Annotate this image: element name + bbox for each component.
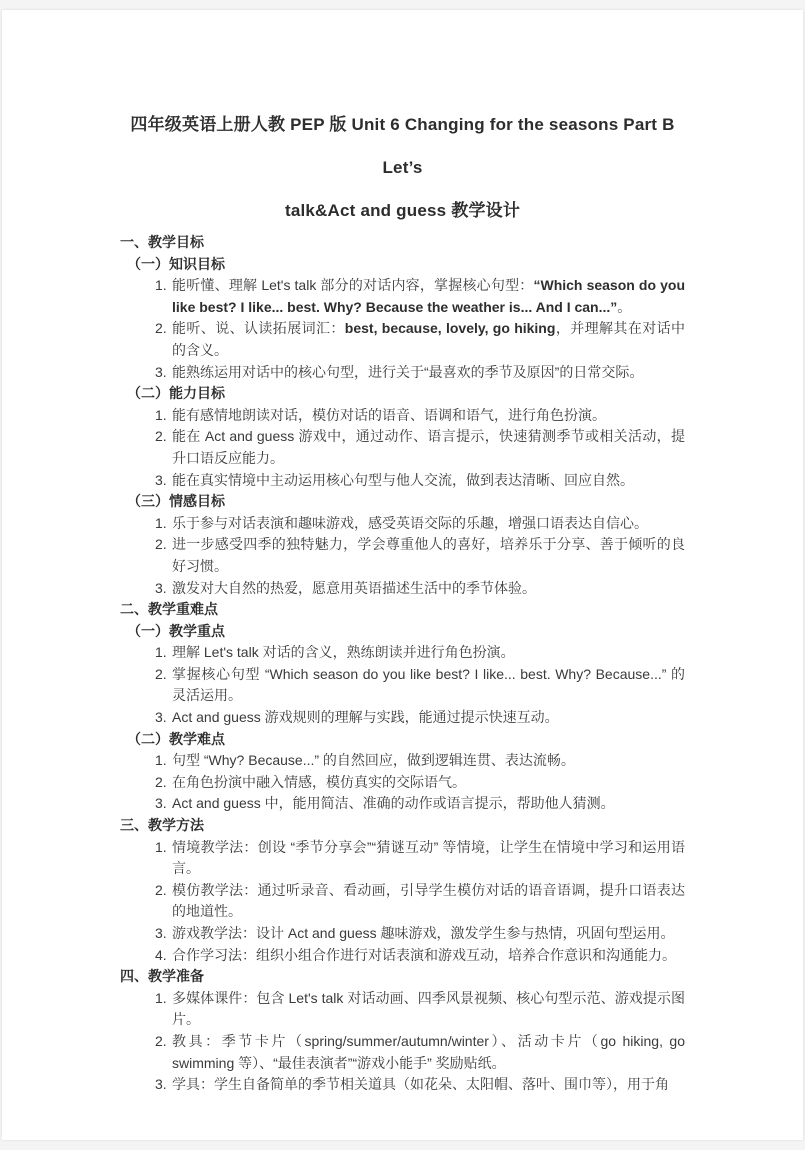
list-item: 1.句型 “Why? Because...” 的自然回应，做到逻辑连贯、表达流畅… (120, 750, 685, 772)
item-number: 3. (155, 923, 167, 945)
section-heading: 三、教学方法 (120, 815, 685, 837)
item-number: 3. (155, 578, 167, 600)
text-segment: best, because, lovely, go hiking (345, 320, 556, 336)
title-line-1: 四年级英语上册人教 PEP 版 Unit 6 Changing for the … (120, 103, 685, 189)
subsection-heading: （一）知识目标 (120, 254, 685, 276)
item-number: 1. (155, 642, 167, 664)
text-segment: 能听、说、认读拓展词汇： (172, 320, 345, 336)
item-number: 3. (155, 362, 167, 384)
list-item: 1.多媒体课件：包含 Let's talk 对话动画、四季风景视频、核心句型示范… (120, 988, 685, 1031)
list-item: 2.教具：季节卡片（spring/summer/autumn/winter）、活… (120, 1031, 685, 1074)
item-number: 3. (155, 470, 167, 492)
text-segment: Act and guess 游戏规则的理解与实践，能通过提示快速互动。 (172, 709, 559, 725)
text-segment: 进一步感受四季的独特魅力，学会尊重他人的喜好，培养乐于分享、善于倾听的良好习惯。 (172, 536, 685, 574)
document-viewport: 四年级英语上册人教 PEP 版 Unit 6 Changing for the … (0, 0, 805, 1150)
list-item: 3.能在真实情境中主动运用核心句型与他人交流，做到表达清晰、回应自然。 (120, 470, 685, 492)
item-number: 1. (155, 513, 167, 535)
item-number: 1. (155, 988, 167, 1010)
item-number: 2. (155, 1031, 167, 1053)
list-item: 3.学具：学生自备简单的季节相关道具（如花朵、太阳帽、落叶、围巾等），用于角 (120, 1074, 685, 1096)
section-heading: 二、教学重难点 (120, 599, 685, 621)
text-segment: 模仿教学法：通过听录音、看动画，引导学生模仿对话的语音语调，提升口语表达的地道性… (172, 882, 685, 920)
text-segment: 能听懂、理解 Let's talk 部分的对话内容，掌握核心句型： (172, 277, 533, 293)
item-number: 1. (155, 275, 167, 297)
list-item: 1.乐于参与对话表演和趣味游戏，感受英语交际的乐趣，增强口语表达自信心。 (120, 513, 685, 535)
text-segment: 掌握核心句型 “Which season do you like best? I… (172, 666, 685, 704)
item-number: 3. (155, 707, 167, 729)
list-item: 1.能有感情地朗读对话，模仿对话的语音、语调和语气，进行角色扮演。 (120, 405, 685, 427)
text-segment: 多媒体课件：包含 Let's talk 对话动画、四季风景视频、核心句型示范、游… (172, 990, 685, 1028)
item-number: 2. (155, 426, 167, 448)
list-item: 3.Act and guess 中，能用简洁、准确的动作或语言提示，帮助他人猜测… (120, 793, 685, 815)
text-segment: Act and guess 中，能用简洁、准确的动作或语言提示，帮助他人猜测。 (172, 795, 615, 811)
document-title: 四年级英语上册人教 PEP 版 Unit 6 Changing for the … (120, 103, 685, 232)
list-item: 4.合作学习法：组织小组合作进行对话表演和游戏互动，培养合作意识和沟通能力。 (120, 945, 685, 967)
item-number: 2. (155, 880, 167, 902)
text-segment: 能在 Act and guess 游戏中，通过动作、语言提示，快速猜测季节或相关… (172, 428, 685, 466)
list-item: 3.激发对大自然的热爱，愿意用英语描述生活中的季节体验。 (120, 578, 685, 600)
document-body: 一、教学目标（一）知识目标1.能听懂、理解 Let's talk 部分的对话内容… (120, 232, 685, 1096)
text-segment: 能熟练运用对话中的核心句型，进行关于“最喜欢的季节及原因”的日常交际。 (172, 364, 643, 380)
item-number: 3. (155, 1074, 167, 1096)
list-item: 2.在角色扮演中融入情感，模仿真实的交际语气。 (120, 772, 685, 794)
section-heading: 一、教学目标 (120, 232, 685, 254)
list-item: 3.Act and guess 游戏规则的理解与实践，能通过提示快速互动。 (120, 707, 685, 729)
item-number: 2. (155, 772, 167, 794)
list-item: 2.能听、说、认读拓展词汇：best, because, lovely, go … (120, 318, 685, 361)
list-item: 3.能熟练运用对话中的核心句型，进行关于“最喜欢的季节及原因”的日常交际。 (120, 362, 685, 384)
text-segment: 能有感情地朗读对话，模仿对话的语音、语调和语气，进行角色扮演。 (172, 407, 606, 423)
list-item: 2.模仿教学法：通过听录音、看动画，引导学生模仿对话的语音语调，提升口语表达的地… (120, 880, 685, 923)
subsection-heading: （三）情感目标 (120, 491, 685, 513)
subsection-heading: （二）能力目标 (120, 383, 685, 405)
list-item: 2.掌握核心句型 “Which season do you like best?… (120, 664, 685, 707)
subsection-heading: （一）教学重点 (120, 621, 685, 643)
text-segment: 合作学习法：组织小组合作进行对话表演和游戏互动，培养合作意识和沟通能力。 (172, 947, 676, 963)
text-segment: 激发对大自然的热爱，愿意用英语描述生活中的季节体验。 (172, 580, 536, 596)
title-line-2: talk&Act and guess 教学设计 (120, 189, 685, 232)
text-segment: 理解 Let's talk 对话的含义，熟练朗读并进行角色扮演。 (172, 644, 515, 660)
text-segment: 乐于参与对话表演和趣味游戏，感受英语交际的乐趣，增强口语表达自信心。 (172, 515, 648, 531)
item-number: 3. (155, 793, 167, 815)
item-number: 1. (155, 750, 167, 772)
document-page: 四年级英语上册人教 PEP 版 Unit 6 Changing for the … (2, 10, 803, 1140)
item-number: 2. (155, 318, 167, 340)
list-item: 1.理解 Let's talk 对话的含义，熟练朗读并进行角色扮演。 (120, 642, 685, 664)
text-segment: 。 (617, 299, 631, 315)
item-number: 2. (155, 664, 167, 686)
text-segment: 游戏教学法：设计 Act and guess 趣味游戏，激发学生参与热情，巩固句… (172, 925, 675, 941)
item-number: 1. (155, 837, 167, 859)
text-segment: 学具：学生自备简单的季节相关道具（如花朵、太阳帽、落叶、围巾等），用于角 (172, 1076, 669, 1092)
text-segment: 情境教学法：创设 “季节分享会”“猜谜互动” 等情境，让学生在情境中学习和运用语… (172, 839, 685, 877)
item-number: 4. (155, 945, 167, 967)
list-item: 3.游戏教学法：设计 Act and guess 趣味游戏，激发学生参与热情，巩… (120, 923, 685, 945)
list-item: 1.情境教学法：创设 “季节分享会”“猜谜互动” 等情境，让学生在情境中学习和运… (120, 837, 685, 880)
list-item: 1.能听懂、理解 Let's talk 部分的对话内容，掌握核心句型：“Whic… (120, 275, 685, 318)
list-item: 2.进一步感受四季的独特魅力，学会尊重他人的喜好，培养乐于分享、善于倾听的良好习… (120, 534, 685, 577)
item-number: 2. (155, 534, 167, 556)
text-segment: 教具：季节卡片（spring/summer/autumn/winter）、活动卡… (172, 1033, 685, 1071)
section-heading: 四、教学准备 (120, 966, 685, 988)
text-segment: 在角色扮演中融入情感，模仿真实的交际语气。 (172, 774, 466, 790)
text-segment: 句型 “Why? Because...” 的自然回应，做到逻辑连贯、表达流畅。 (172, 752, 575, 768)
list-item: 2.能在 Act and guess 游戏中，通过动作、语言提示，快速猜测季节或… (120, 426, 685, 469)
subsection-heading: （二）教学难点 (120, 729, 685, 751)
text-segment: 能在真实情境中主动运用核心句型与他人交流，做到表达清晰、回应自然。 (172, 472, 634, 488)
item-number: 1. (155, 405, 167, 427)
